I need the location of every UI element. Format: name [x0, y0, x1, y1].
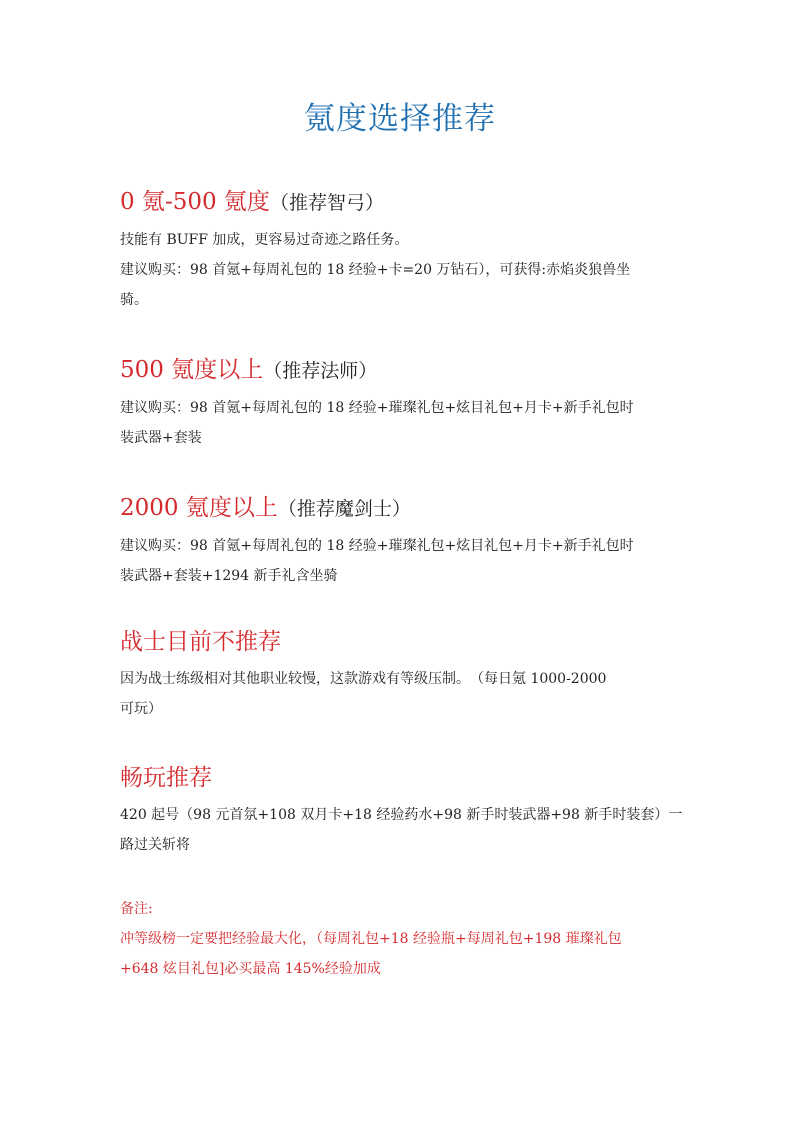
section-2000-plus: 2000 氪度以上（推荐魔剑士） 建议购买：98 首氪+每周礼包的 18 经验+… [120, 492, 720, 591]
body-line: 建议购买：98 首氪+每周礼包的 18 经验+卡=20 万钻石），可获得:赤焰炎… [120, 255, 720, 285]
body-line: 路过关斩将 [120, 830, 720, 860]
note-block: 备注: 冲等级榜一定要把经验最大化，（每周礼包+18 经验瓶+每周礼包+198 … [120, 894, 700, 984]
body-line: 建议购买：98 首氪+每周礼包的 18 经验+璀璨礼包+炫目礼包+月卡+新手礼包… [120, 531, 720, 561]
body-line: 420 起号（98 元首氛+108 双月卡+18 经验药水+98 新手时装武器+… [120, 800, 720, 830]
section-heading: 0 氪-500 氪度（推荐智弓） [120, 186, 720, 219]
section-body: 建议购买：98 首氪+每周礼包的 18 经验+璀璨礼包+炫目礼包+月卡+新手礼包… [120, 531, 720, 591]
section-heading: 2000 氪度以上（推荐魔剑士） [120, 492, 720, 525]
document-page: 氪度选择推荐 0 氪-500 氪度（推荐智弓） 技能有 BUFF 加成，更容易过… [0, 0, 800, 1131]
note-line: 冲等级榜一定要把经验最大化，（每周礼包+18 经验瓶+每周礼包+198 璀璨礼包 [120, 924, 700, 954]
body-line: 可玩） [120, 694, 720, 724]
section-body: 建议购买：98 首氪+每周礼包的 18 经验+璀璨礼包+炫目礼包+月卡+新手礼包… [120, 393, 720, 453]
section-heading: 500 氪度以上（推荐法师） [120, 354, 720, 387]
section-casual-play: 畅玩推荐 420 起号（98 元首氛+108 双月卡+18 经验药水+98 新手… [120, 762, 720, 860]
section-heading: 畅玩推荐 [120, 762, 720, 794]
body-line: 技能有 BUFF 加成，更容易过奇迹之路任务。 [120, 225, 720, 255]
body-line: 因为战士练级相对其他职业较慢，这款游戏有等级压制。 （每日氪 1000-2000 [120, 664, 720, 694]
section-warrior: 战士目前不推荐 因为战士练级相对其他职业较慢，这款游戏有等级压制。 （每日氪 1… [120, 626, 720, 724]
section-500-plus: 500 氪度以上（推荐法师） 建议购买：98 首氪+每周礼包的 18 经验+璀璨… [120, 354, 720, 453]
section-heading-sub: （推荐法师） [263, 360, 377, 382]
note-label: 备注: [120, 894, 700, 924]
section-heading-text: 畅玩推荐 [120, 765, 212, 791]
section-heading: 战士目前不推荐 [120, 626, 720, 658]
section-body: 技能有 BUFF 加成，更容易过奇迹之路任务。 建议购买：98 首氪+每周礼包的… [120, 225, 720, 315]
body-line: 骑。 [120, 285, 720, 315]
section-heading-sub: （推荐智弓） [270, 192, 384, 214]
section-heading-text: 战士目前不推荐 [120, 629, 281, 655]
body-line: 建议购买：98 首氪+每周礼包的 18 经验+璀璨礼包+炫目礼包+月卡+新手礼包… [120, 393, 720, 423]
note-line: +648 炫目礼包]必买最高 145%经验加成 [120, 954, 700, 984]
section-heading-sub: （推荐魔剑士） [278, 498, 411, 520]
section-body: 420 起号（98 元首氛+108 双月卡+18 经验药水+98 新手时装武器+… [120, 800, 720, 860]
page-title: 氪度选择推荐 [0, 97, 800, 141]
body-line: 装武器+套装+1294 新手礼含坐骑 [120, 561, 720, 591]
body-line: 装武器+套装 [120, 423, 720, 453]
section-heading-text: 0 氪-500 氪度 [120, 189, 270, 215]
section-body: 因为战士练级相对其他职业较慢，这款游戏有等级压制。 （每日氪 1000-2000… [120, 664, 720, 724]
section-heading-text: 500 氪度以上 [120, 357, 263, 383]
section-0-500: 0 氪-500 氪度（推荐智弓） 技能有 BUFF 加成，更容易过奇迹之路任务。… [120, 186, 720, 315]
section-heading-text: 2000 氪度以上 [120, 495, 278, 521]
